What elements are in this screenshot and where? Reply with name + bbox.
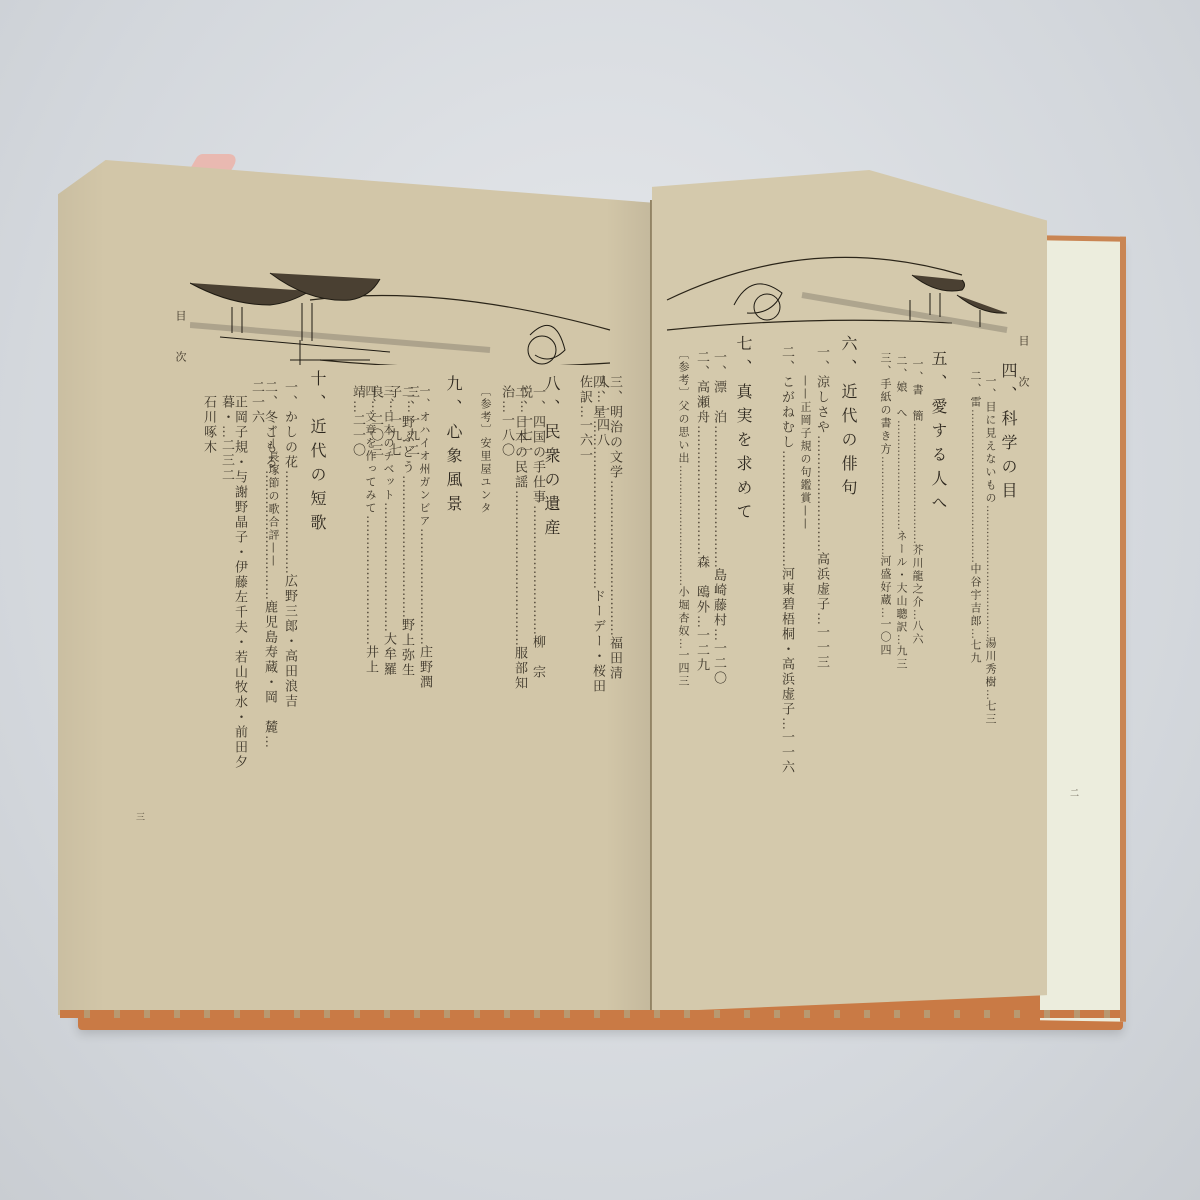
toc-entry[interactable]: 二、日本の民謡………………………………服部知治…一八〇 bbox=[500, 385, 526, 695]
section-title[interactable]: 四、科学の目 bbox=[1000, 362, 1016, 506]
toc-entry[interactable]: 一、書 簡……………………………芥川龍之介…八六 bbox=[912, 358, 923, 798]
toc-entry[interactable]: 二、娘 へ…………………………ネール・大山聰訳…九三 bbox=[896, 355, 907, 795]
right-folio: 二 bbox=[1070, 786, 1079, 799]
toc-entry[interactable]: 一、かしの花……………………広野三郎・高田浪吉 bbox=[283, 380, 296, 760]
section-title[interactable]: 九、心象風景 bbox=[445, 375, 461, 519]
left-header-label: 目次 bbox=[172, 310, 188, 392]
toc-entry[interactable]: 四、文章を作ってみて…………………………井上 靖…二一〇 bbox=[351, 385, 377, 695]
boats-shell-illustration-right bbox=[662, 235, 1022, 335]
boats-shell-illustration-left bbox=[190, 255, 620, 365]
section-title[interactable]: 八、民衆の遺産 bbox=[543, 375, 559, 543]
endpaper bbox=[1040, 235, 1126, 1022]
section-title[interactable]: 七、真実を求めて bbox=[735, 335, 751, 527]
book-bottom-edge bbox=[60, 1010, 1120, 1018]
toc-entry[interactable]: 二、こがねむし………………………河東碧梧桐・高浜虚子…一一六 bbox=[780, 345, 793, 785]
toc-entry[interactable]: 三、手紙の書き方………………………河盛好蔵…一〇四 bbox=[880, 352, 891, 792]
toc-entry[interactable]: 〔参考〕父の思い出……………………………小堀杏奴…一四三 bbox=[678, 348, 689, 788]
toc-entry[interactable]: 〔参考〕安里屋ユンタ bbox=[480, 385, 491, 515]
section-title[interactable]: 十、近代の短歌 bbox=[309, 370, 325, 538]
section-title[interactable]: 五、愛する人へ bbox=[930, 350, 946, 518]
toc-entry[interactable]: 一、涼しさや………………………高浜虚子…一一三 bbox=[815, 345, 828, 785]
toc-entry[interactable]: 二、高瀬舟…………………………森 鴎外…一二九 bbox=[695, 350, 708, 790]
toc-entry[interactable]: 四、星…………………………………ドーデー・桜田佐訳…一六一 bbox=[578, 375, 604, 695]
toc-entry[interactable]: 二、雷……………………………………中谷宇吉郎…七九 bbox=[970, 370, 981, 810]
toc-subtitle: ——正岡子規の句鑑賞—— bbox=[800, 375, 811, 531]
toc-entry[interactable]: 正岡子規・与謝野晶子・伊藤左千夫・若山牧水・前田夕暮・…二三二 bbox=[220, 395, 246, 775]
left-folio: 三 bbox=[136, 810, 145, 823]
toc-entry[interactable]: 一、目に見えないもの………………………………湯川秀樹…七三 bbox=[985, 375, 996, 815]
section-title[interactable]: 六、近代の俳句 bbox=[840, 335, 856, 503]
toc-entry[interactable]: 二、冬ごもる…………………………鹿児島寿蔵・岡 麓…二一六 bbox=[250, 380, 276, 760]
toc-entry[interactable]: 一、漂 泊……………………………島崎藤村…一二〇 bbox=[712, 350, 725, 790]
toc-entry[interactable]: 石川啄木 bbox=[202, 395, 215, 455]
